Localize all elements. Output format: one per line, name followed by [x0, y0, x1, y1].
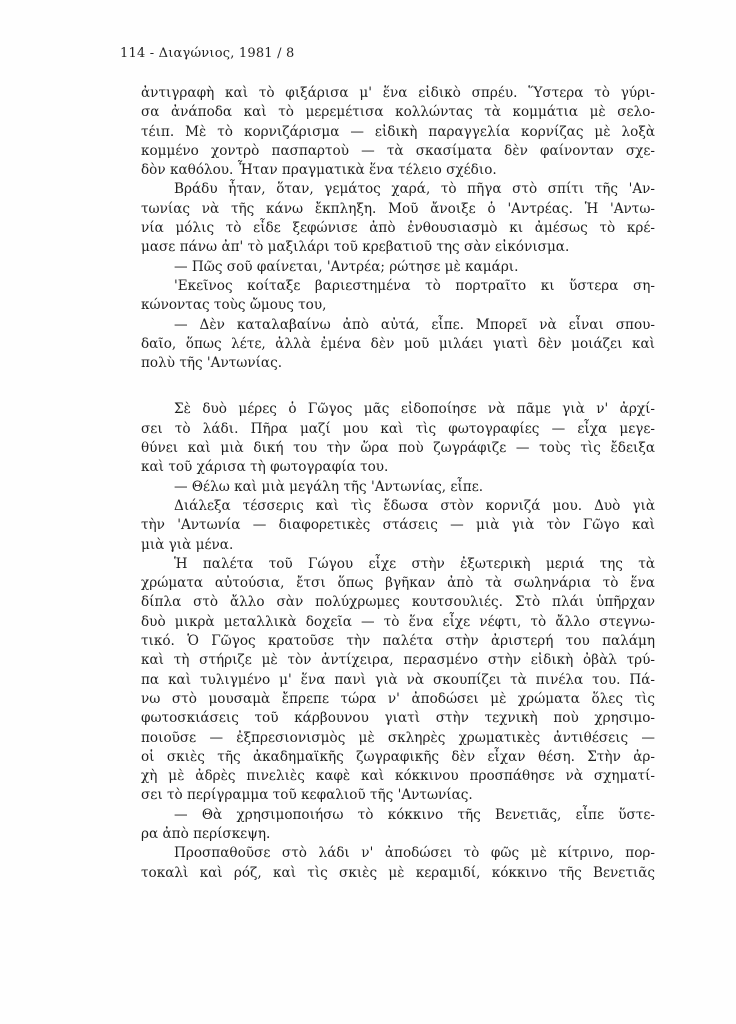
text-line: ρα ἀπὸ περίσκεψη. [141, 825, 655, 844]
text-line: σει τὸ λάδι. Πῆρα μαζί μου καὶ τὶς φωτογ… [141, 420, 655, 439]
text-line: τωνίας νὰ τῆς κάνω ἔκπληξη. Μοῦ ἄνοιξε ὁ… [141, 200, 655, 219]
text-line: πολὺ τῆς 'Αντωνίας. [141, 354, 655, 373]
text-line: δίπλα στὸ ἄλλο σὰν πολύχρωμες κουτσουλιέ… [141, 593, 655, 612]
text-line: — Δὲν καταλαβαίνω ἀπὸ αὐτά, εἶπε. Μπορεῖ… [141, 316, 655, 335]
running-header: 114 - Διαγώνιος, 1981 / 8 [120, 46, 294, 61]
text-line: χὴ μὲ ἀδρὲς πινελιὲς καφὲ καὶ κόκκινου π… [141, 767, 655, 786]
text-line: δαῖο, ὅπως λέτε, ἀλλὰ ἐμένα δὲν μοῦ μιλά… [141, 335, 655, 354]
text-line: ποιοῦσε — ἐξπρεσιονισμὸς μὲ σκληρὲς χρωμ… [141, 729, 655, 748]
text-line: δυὸ μικρὰ μεταλλικὰ δοχεῖα — τὸ ἕνα εἶχε… [141, 613, 655, 632]
text-line: — Θὰ χρησιμοποιήσω τὸ κόκκινο τῆς Βενετι… [141, 806, 655, 825]
text-line: δὸν καθόλου. Ἦταν πραγματικὰ ἕνα τέλειο … [141, 161, 655, 180]
text-line: νω στὸ μουσαμὰ ἔπρεπε τώρα ν' ἀποδώσει μ… [141, 690, 655, 709]
text-line: Σὲ δυὸ μέρες ὁ Γῶγος μᾶς εἰδοποίησε νὰ π… [141, 400, 655, 419]
text-line: ἀντιγραφὴ καὶ τὸ φιξάρισα μ' ἕνα εἰδικὸ … [141, 84, 655, 103]
text-line: — Πῶς σοῦ φαίνεται, 'Αντρέα; ρώτησε μὲ κ… [141, 258, 655, 277]
text-line: μασε πάνω ἀπ' τὸ μαξιλάρι τοῦ κρεβατιοῦ … [141, 238, 655, 257]
text-line: Προσπαθοῦσε στὸ λάδι ν' ἀποδώσει τὸ φῶς … [141, 844, 655, 863]
text-line: τὴν 'Αντωνία — διαφορετικὲς στάσεις — μι… [141, 516, 655, 535]
text-line: καὶ τὴ στήριζε μὲ τὸν ἀντίχειρα, περασμέ… [141, 651, 655, 670]
text-line: τοκαλὶ καὶ ρόζ, καὶ τὶς σκιὲς μὲ κεραμιδ… [141, 864, 655, 883]
page-body-text: ἀντιγραφὴ καὶ τὸ φιξάρισα μ' ἕνα εἰδικὸ … [141, 84, 655, 883]
text-line: θύνει καὶ μιὰ δική του τὴν ὥρα ποὺ ζωγρά… [141, 439, 655, 458]
text-line: κομμένο χοντρὸ πασπαρτοὺ — τὰ σκασίματα … [141, 142, 655, 161]
text-line: τικό. Ὁ Γῶγος κρατοῦσε τὴν παλέτα στὴν ἀ… [141, 632, 655, 651]
text-line: τέιπ. Μὲ τὸ κορνιζάρισμα — εἰδικὴ παραγγ… [141, 123, 655, 142]
text-line: νία μόλις τὸ εἶδε ξεφώνισε ἀπὸ ἐνθουσιασ… [141, 219, 655, 238]
text-line: σα ἀνάποδα καὶ τὸ μερεμέτισα κολλώντας τ… [141, 103, 655, 122]
text-line: οἱ σκιὲς τῆς ἀκαδημαϊκῆς ζωγραφικῆς δὲν … [141, 748, 655, 767]
text-line: σει τὸ περίγραμμα τοῦ κεφαλιοῦ τῆς 'Αντω… [141, 786, 655, 805]
text-line: φωτοσκιάσεις τοῦ κάρβουνου γιατὶ στὴν τε… [141, 709, 655, 728]
text-line: Βράδυ ἦταν, ὅταν, γεμάτος χαρά, τὸ πῆγα … [141, 180, 655, 199]
book-page: 114 - Διαγώνιος, 1981 / 8 ἀντιγραφὴ καὶ … [0, 0, 736, 1024]
text-line: — Θέλω καὶ μιὰ μεγάλη τῆς 'Αντωνίας, εἶπ… [141, 478, 655, 497]
section-break [141, 373, 655, 400]
text-line: κώνοντας τοὺς ὤμους του, [141, 296, 655, 315]
text-line: καὶ τοῦ χάρισα τὴ φωτογραφία του. [141, 458, 655, 477]
text-line: 'Εκεῖνος κοίταξε βαριεστημένα τὸ πορτραῖ… [141, 277, 655, 296]
text-line: μιὰ γιὰ μένα. [141, 536, 655, 555]
text-line: χρώματα αὐτούσια, ἔτσι ὅπως βγῆκαν ἀπὸ τ… [141, 574, 655, 593]
text-line: Διάλεξα τέσσερις καὶ τὶς ἔδωσα στὸν κορν… [141, 497, 655, 516]
text-line: πα καὶ τυλιγμένο μ' ἕνα πανὶ γιὰ νὰ σκου… [141, 671, 655, 690]
text-line: Ἡ παλέτα τοῦ Γώγου εἶχε στὴν ἐξωτερικὴ μ… [141, 555, 655, 574]
